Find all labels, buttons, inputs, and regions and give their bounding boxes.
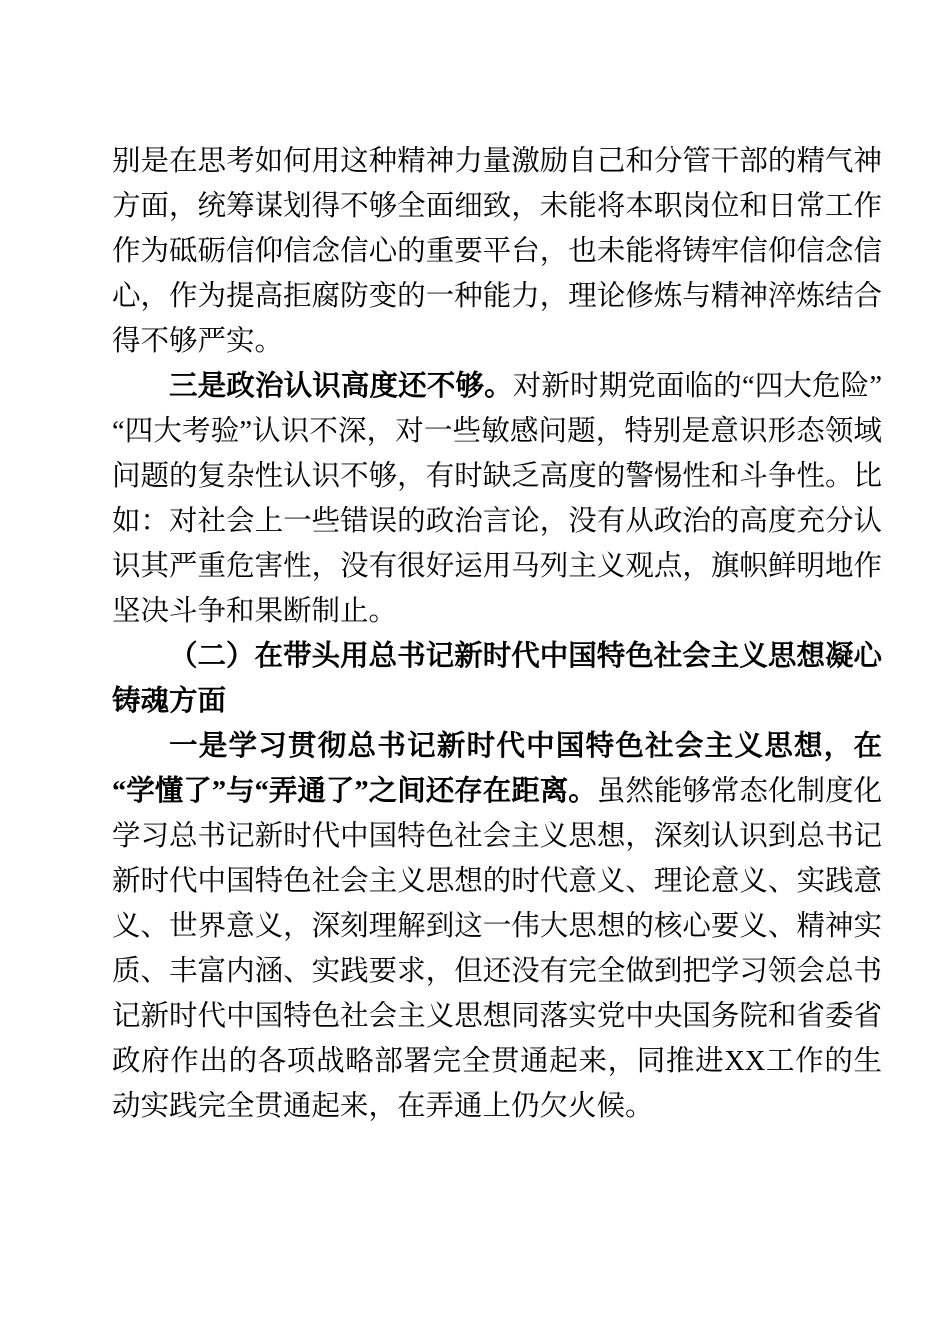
paragraph: 一是学习贯彻总书记新时代中国特色社会主义思想，在“学懂了”与“弄通了”之间还存在… xyxy=(112,724,882,1129)
document-content: 别是在思考如何用这种精神力量激励自己和分管干部的精气神方面，统筹谋划得不够全面细… xyxy=(112,139,882,1129)
text-run: 对新时期党面临的“四大危险”“四大考验”认识不深，对一些敏感问题，特别是意识形态… xyxy=(112,371,882,627)
text-run: 别是在思考如何用这种精神力量激励自己和分管干部的精气神方面，统筹谋划得不够全面细… xyxy=(112,146,882,357)
text-run-bold: （二）在带头用总书记新时代中国特色社会主义思想凝心铸魂方面 xyxy=(112,641,882,717)
text-run: 虽然能够常态化制度化学习总书记新时代中国特色社会主义思想，深刻认识到总书记新时代… xyxy=(112,776,882,1122)
section-heading: （二）在带头用总书记新时代中国特色社会主义思想凝心铸魂方面 xyxy=(112,634,882,724)
paragraph: 别是在思考如何用这种精神力量激励自己和分管干部的精气神方面，统筹谋划得不够全面细… xyxy=(112,139,882,364)
text-run-bold: 三是政治认识高度还不够。 xyxy=(169,371,513,402)
document-page: 别是在思考如何用这种精神力量激励自己和分管干部的精气神方面，统筹谋划得不够全面细… xyxy=(0,0,950,1344)
paragraph: 三是政治认识高度还不够。对新时期党面临的“四大危险”“四大考验”认识不深，对一些… xyxy=(112,364,882,634)
